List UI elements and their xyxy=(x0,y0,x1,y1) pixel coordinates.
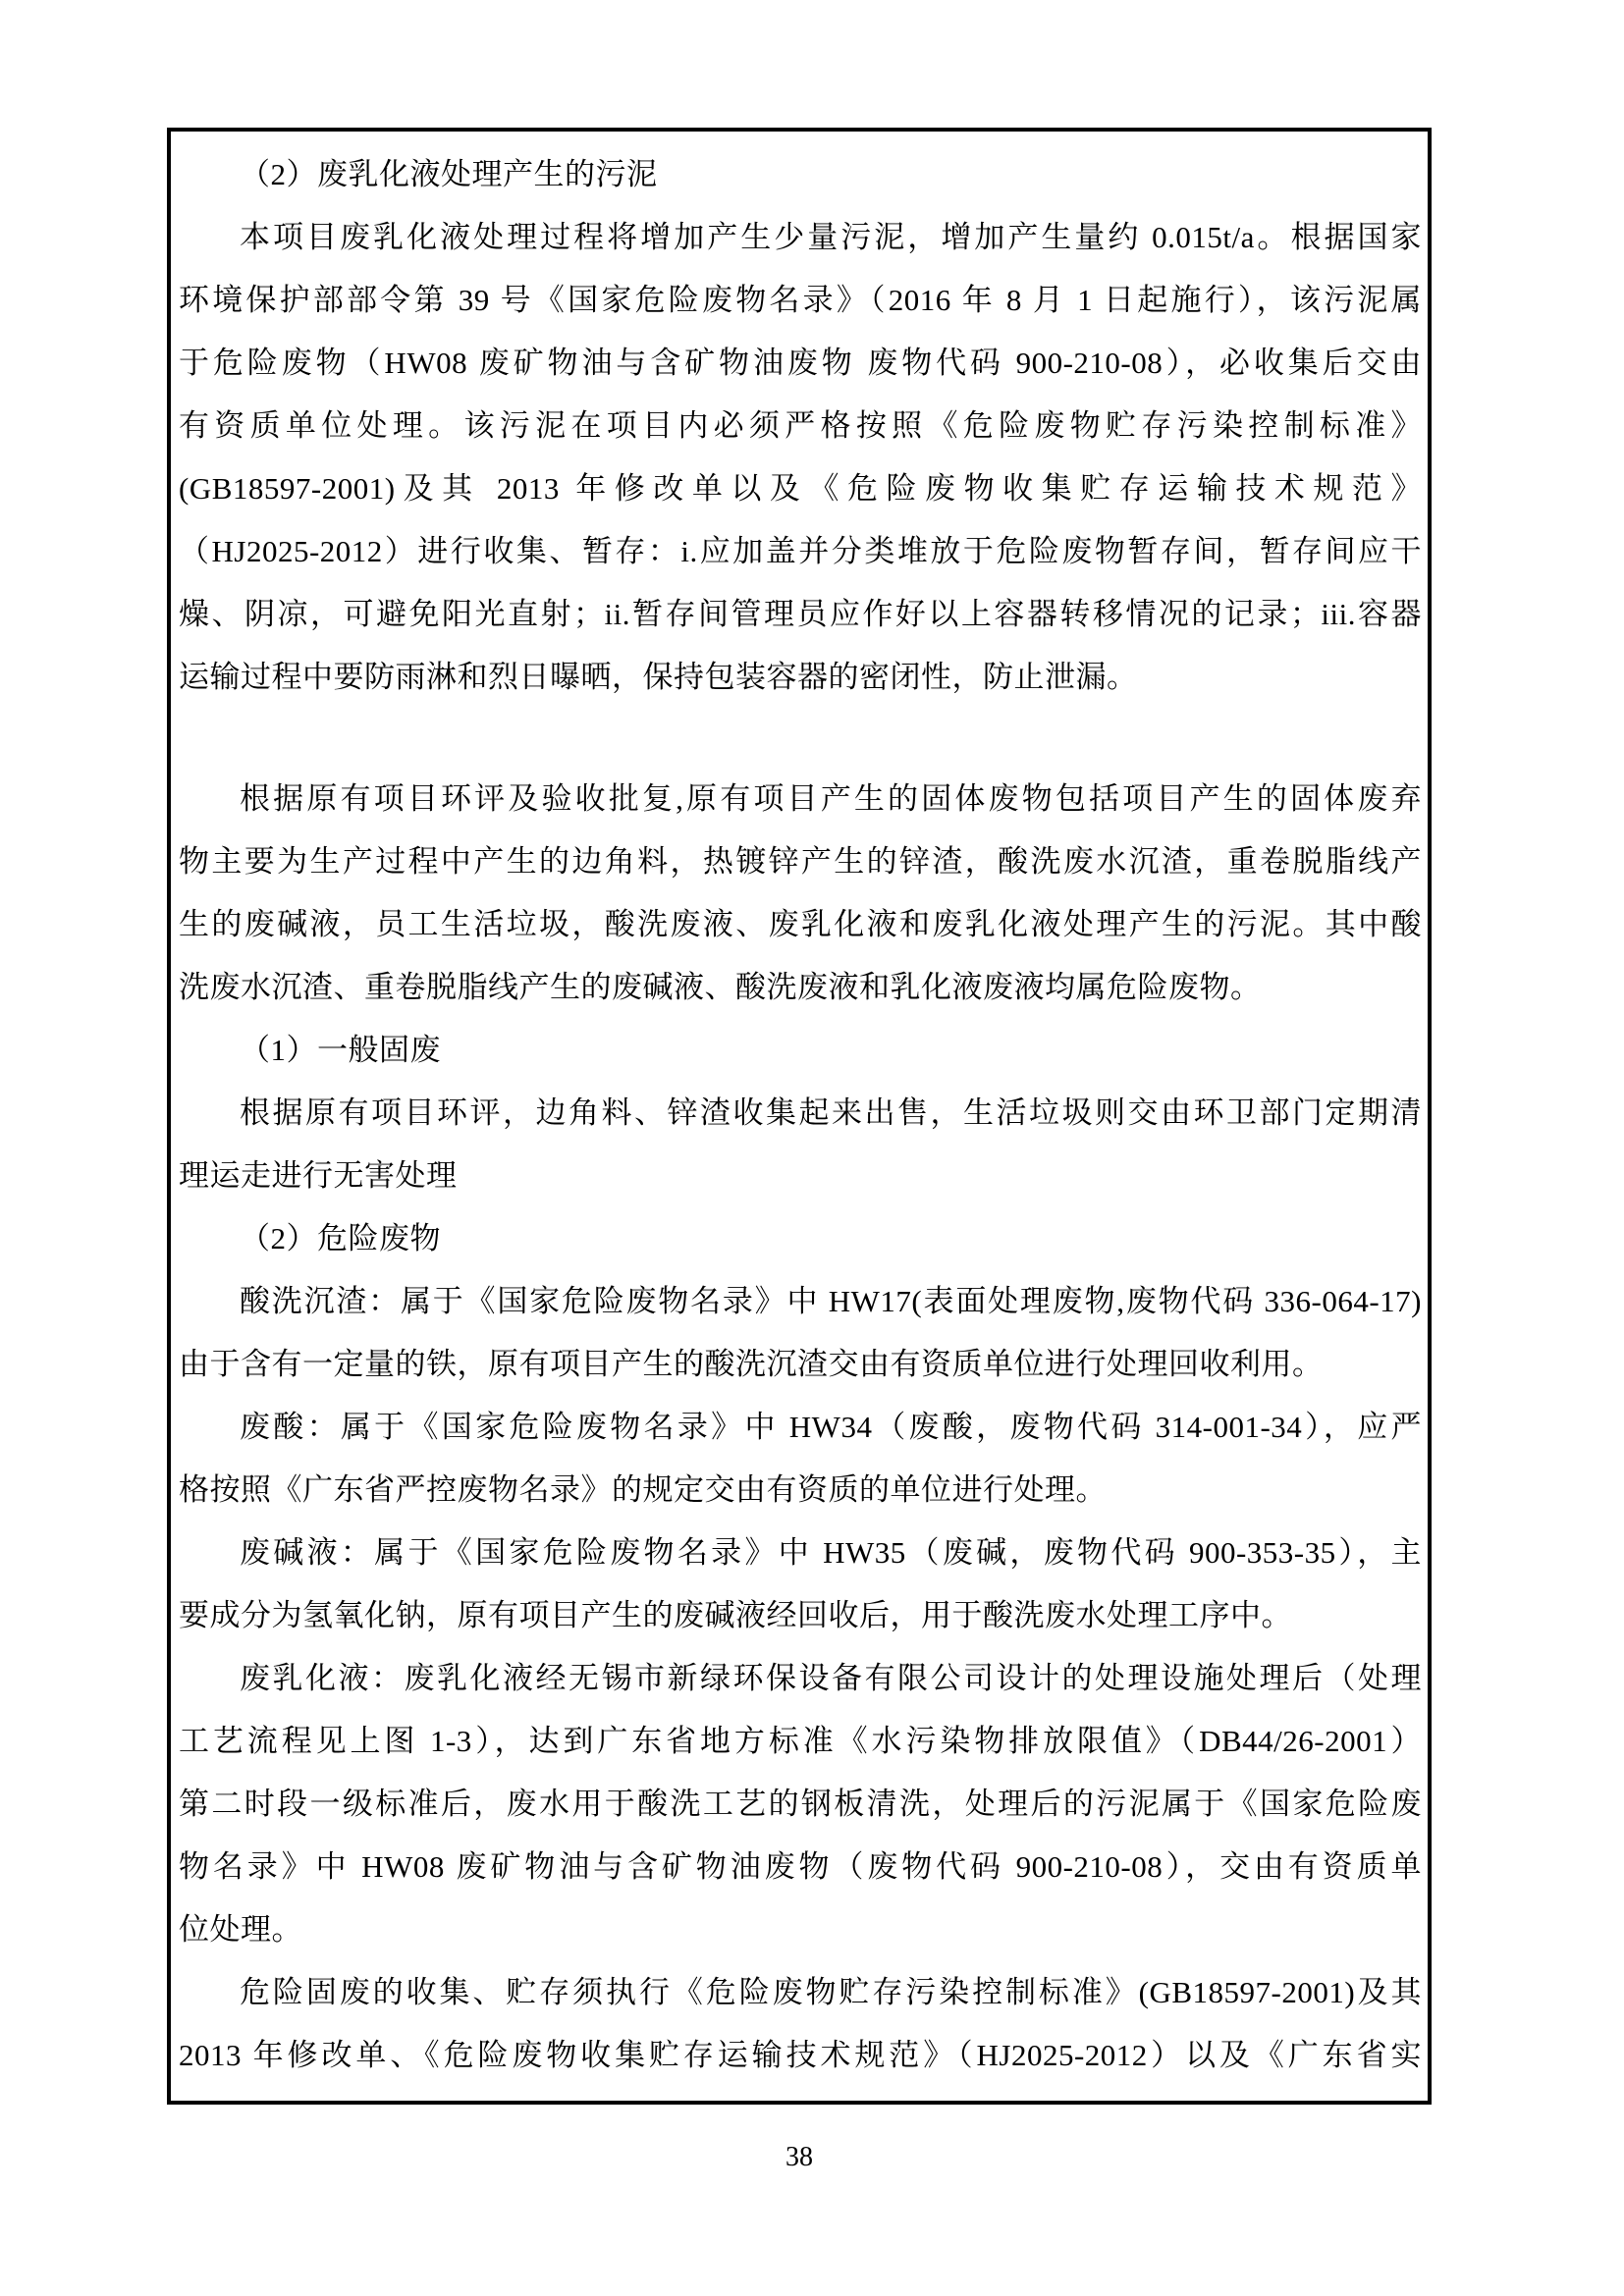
text-line: 物名录》中 HW08 废矿物油与含矿物油废物（废物代码 900-210-08），… xyxy=(179,1836,1422,1898)
paragraph: 废乳化液：废乳化液经无锡市新绿环保设备有限公司设计的处理设施处理后（处理工艺流程… xyxy=(179,1647,1422,1961)
text-line: 运输过程中要防雨淋和烈日曝晒，保持包装容器的密闭性，防止泄漏。 xyxy=(179,646,1422,709)
paragraph: （2）危险废物 xyxy=(179,1207,1422,1270)
page-number: 38 xyxy=(167,2140,1432,2175)
text-line: 危险固废的收集、贮存须执行《危险废物贮存污染控制标准》(GB18597-2001… xyxy=(179,1961,1422,2024)
paragraph: 酸洗沉渣：属于《国家危险废物名录》中 HW17(表面处理废物,废物代码 336-… xyxy=(179,1270,1422,1396)
text-line: 位处理。 xyxy=(179,1898,1422,1961)
paragraph: 废酸：属于《国家危险废物名录》中 HW34（废酸，废物代码 314-001-34… xyxy=(179,1396,1422,1522)
text-line: 工艺流程见上图 1-3），达到广东省地方标准《水污染物排放限值》（DB44/26… xyxy=(179,1710,1422,1773)
text-line: 洗废水沉渣、重卷脱脂线产生的废碱液、酸洗废液和乳化液废液均属危险废物。 xyxy=(179,956,1422,1019)
text-line: （HJ2025-2012）进行收集、暂存：i.应加盖并分类堆放于危险废物暂存间，… xyxy=(179,520,1422,583)
document-page: （2）废乳化液处理产生的污泥本项目废乳化液处理过程将增加产生少量污泥，增加产生量… xyxy=(0,0,1624,2296)
paragraph: 根据原有项目环评及验收批复,原有项目产生的固体废物包括项目产生的固体废弃物主要为… xyxy=(179,768,1422,1019)
text-line: 2013 年修改单、《危险废物收集贮存运输技术规范》（HJ2025-2012）以… xyxy=(179,2024,1422,2087)
paragraph: （2）废乳化液处理产生的污泥 xyxy=(179,143,1422,206)
text-line: 废酸：属于《国家危险废物名录》中 HW34（废酸，废物代码 314-001-34… xyxy=(179,1396,1422,1459)
text-line: （2）废乳化液处理产生的污泥 xyxy=(179,143,1422,206)
paragraph: 危险固废的收集、贮存须执行《危险废物贮存污染控制标准》(GB18597-2001… xyxy=(179,1961,1422,2087)
text-line: (GB18597-2001)及其 2013 年修改单以及《危险废物收集贮存运输技… xyxy=(179,457,1422,520)
paragraph: 本项目废乳化液处理过程将增加产生少量污泥，增加产生量约 0.015t/a。根据国… xyxy=(179,206,1422,709)
text-line: 有资质单位处理。该污泥在项目内必须严格按照《危险废物贮存污染控制标准》 xyxy=(179,395,1422,457)
text-line: 第二时段一级标准后，废水用于酸洗工艺的钢板清洗，处理后的污泥属于《国家危险废 xyxy=(179,1773,1422,1836)
table-cell-body: （2）废乳化液处理产生的污泥本项目废乳化液处理过程将增加产生少量污泥，增加产生量… xyxy=(167,128,1432,2105)
text-line: 物主要为生产过程中产生的边角料，热镀锌产生的锌渣，酸洗废水沉渣，重卷脱脂线产 xyxy=(179,830,1422,893)
text-line: 理运走进行无害处理 xyxy=(179,1145,1422,1207)
text-line: 废乳化液：废乳化液经无锡市新绿环保设备有限公司设计的处理设施处理后（处理 xyxy=(179,1647,1422,1710)
text-line: 本项目废乳化液处理过程将增加产生少量污泥，增加产生量约 0.015t/a。根据国… xyxy=(179,206,1422,269)
text-line: 格按照《广东省严控废物名录》的规定交由有资质的单位进行处理。 xyxy=(179,1459,1422,1522)
text-line: 生的废碱液，员工生活垃圾，酸洗废液、废乳化液和废乳化液处理产生的污泥。其中酸 xyxy=(179,893,1422,956)
text-line: 环境保护部部令第 39 号《国家危险废物名录》（2016 年 8 月 1 日起施… xyxy=(179,269,1422,332)
text-line: 根据原有项目环评及验收批复,原有项目产生的固体废物包括项目产生的固体废弃 xyxy=(179,768,1422,830)
text-line: 酸洗沉渣：属于《国家危险废物名录》中 HW17(表面处理废物,废物代码 336-… xyxy=(179,1270,1422,1333)
text-line: 废碱液：属于《国家危险废物名录》中 HW35（废碱，废物代码 900-353-3… xyxy=(179,1522,1422,1584)
text-line: 燥、阴凉，可避免阳光直射；ii.暂存间管理员应作好以上容器转移情况的记录；iii… xyxy=(179,583,1422,646)
text-line: 于危险废物（HW08 废矿物油与含矿物油废物 废物代码 900-210-08），… xyxy=(179,332,1422,395)
paragraph: 废碱液：属于《国家危险废物名录》中 HW35（废碱，废物代码 900-353-3… xyxy=(179,1522,1422,1647)
text-line: （2）危险废物 xyxy=(179,1207,1422,1270)
paragraph: 根据原有项目环评，边角料、锌渣收集起来出售，生活垃圾则交由环卫部门定期清理运走进… xyxy=(179,1082,1422,1207)
text-line: 要成分为氢氧化钠，原有项目产生的废碱液经回收后，用于酸洗废水处理工序中。 xyxy=(179,1584,1422,1647)
paragraph-spacer xyxy=(179,709,1422,768)
text-line: 由于含有一定量的铁，原有项目产生的酸洗沉渣交由有资质单位进行处理回收利用。 xyxy=(179,1333,1422,1396)
text-line: （1）一般固废 xyxy=(179,1019,1422,1082)
paragraph: （1）一般固废 xyxy=(179,1019,1422,1082)
text-line: 根据原有项目环评，边角料、锌渣收集起来出售，生活垃圾则交由环卫部门定期清 xyxy=(179,1082,1422,1145)
